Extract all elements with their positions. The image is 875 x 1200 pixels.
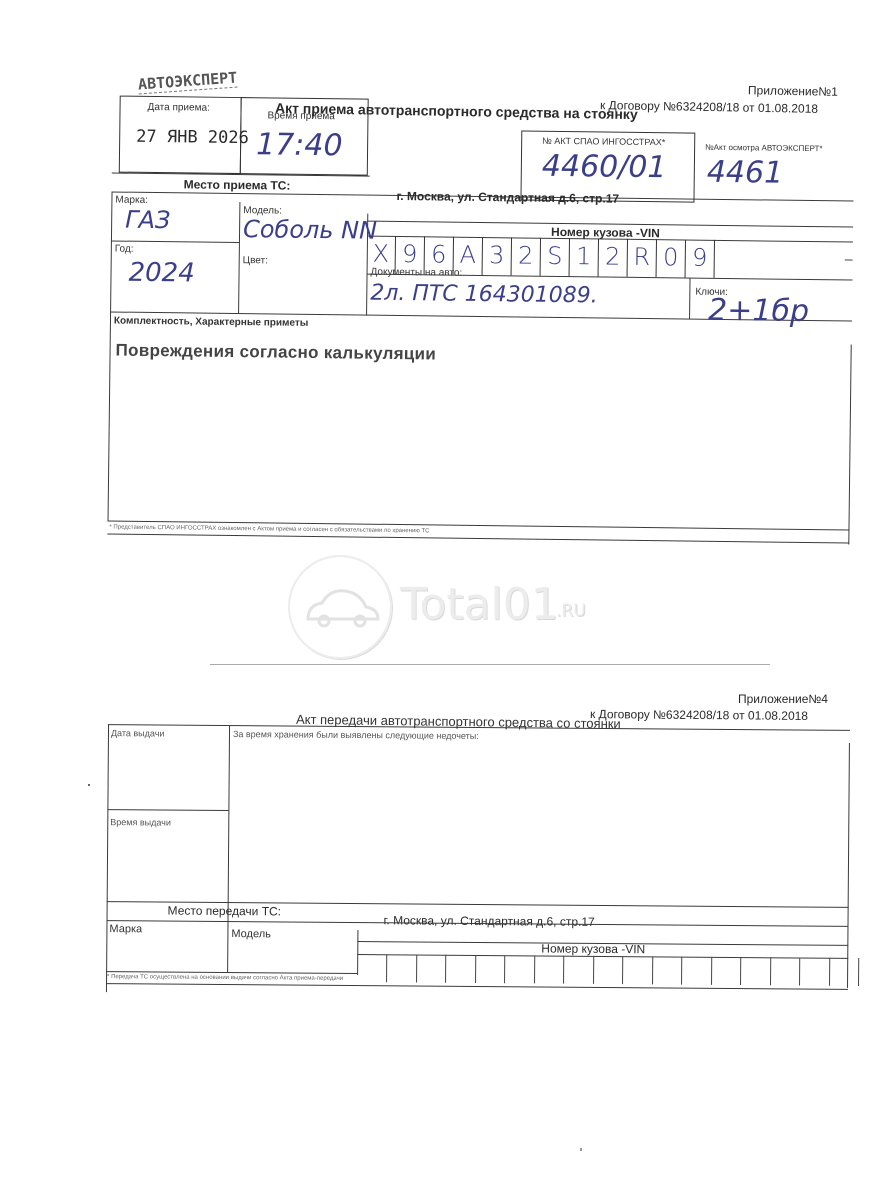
vin-empty-cell: [564, 956, 594, 984]
vin-empty-cell: [623, 956, 653, 984]
footnote-4: * Передача ТС осуществлена на основании …: [107, 974, 343, 982]
scan-speck: [88, 784, 90, 786]
release-vin-boxes: [357, 954, 848, 986]
scan-speck: [580, 1148, 582, 1151]
vin-empty-cell: [505, 955, 535, 983]
vin-empty-cell: [416, 955, 446, 983]
vin-empty-cell: [682, 957, 712, 985]
vin-empty-cell: [829, 958, 859, 986]
vin-empty-cell: [357, 954, 387, 982]
vin-empty-cell: [475, 955, 505, 983]
release-vin-label: Номер кузова -VIN: [541, 941, 645, 956]
form-4-frame: Дата выдачи Время выдачи За время хранен…: [0, 0, 875, 1200]
release-brand-label: Марка: [109, 923, 142, 935]
vin-empty-cell: [593, 956, 623, 984]
vin-empty-cell: [387, 954, 417, 982]
release-time-label: Время выдачи: [110, 817, 171, 827]
vin-empty-cell: [741, 957, 771, 985]
release-place-value: г. Москва, ул. Стандартная д.6, стр.17: [383, 913, 594, 929]
vin-empty-cell: [652, 956, 682, 984]
vin-empty-cell: [770, 957, 800, 985]
defects-label: За время хранения были выявлены следующи…: [233, 729, 479, 741]
vin-empty-cell: [711, 957, 741, 985]
vin-empty-cell: [534, 955, 564, 983]
vin-empty-cell: [446, 955, 476, 983]
release-date-label: Дата выдачи: [111, 728, 165, 738]
vin-empty-cell: [800, 958, 830, 986]
release-model-label: Модель: [231, 928, 271, 940]
release-place-label: Место передачи ТС:: [168, 904, 282, 919]
